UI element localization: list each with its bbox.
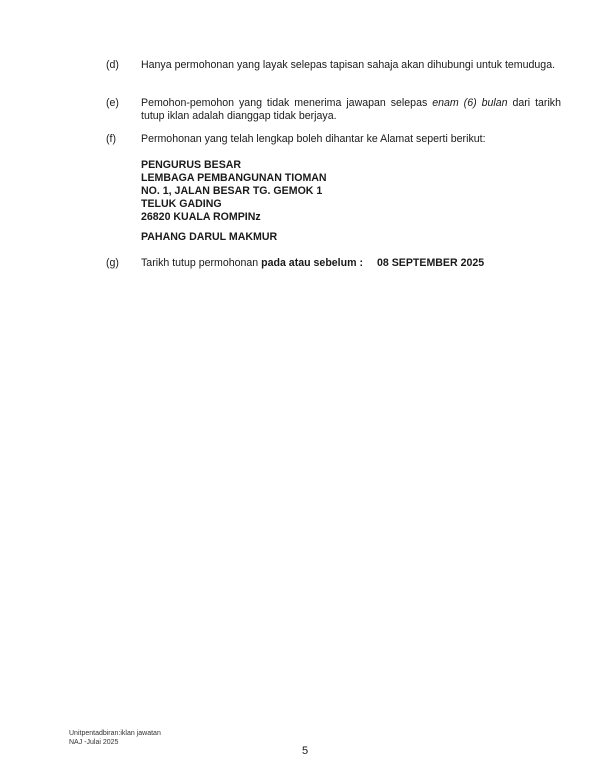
address-state: PAHANG DARUL MAKMUR [141, 231, 277, 244]
address-line: TELUK GADING [141, 198, 327, 211]
item-text: Hanya permohonan yang layak selepas tapi… [141, 59, 561, 72]
item-label: (f) [106, 133, 116, 146]
item-label: (e) [106, 97, 119, 110]
item-label: (g) [106, 257, 119, 270]
footer-line: Unitpentadbiran:iklan jawatan [69, 730, 161, 739]
address-line: 26820 KUALA ROMPINz [141, 211, 327, 224]
item-text: Pemohon-pemohon yang tidak menerima jawa… [141, 97, 561, 123]
address-line: LEMBAGA PEMBANGUNAN TIOMAN [141, 172, 327, 185]
address-line: NO. 1, JALAN BESAR TG. GEMOK 1 [141, 185, 327, 198]
mailing-address: PENGURUS BESAR LEMBAGA PEMBANGUNAN TIOMA… [141, 159, 327, 224]
item-text: Permohonan yang telah lengkap boleh diha… [141, 133, 561, 146]
footer-note: Unitpentadbiran:iklan jawatan NAJ -Julai… [69, 730, 161, 747]
item-label: (d) [106, 59, 119, 72]
closing-date: 08 SEPTEMBER 2025 [377, 257, 484, 269]
page-number: 5 [302, 745, 308, 757]
address-line: PENGURUS BESAR [141, 159, 327, 172]
footer-line: NAJ -Julai 2025 [69, 739, 161, 748]
item-text: Tarikh tutup permohonan pada atau sebelu… [141, 257, 561, 270]
